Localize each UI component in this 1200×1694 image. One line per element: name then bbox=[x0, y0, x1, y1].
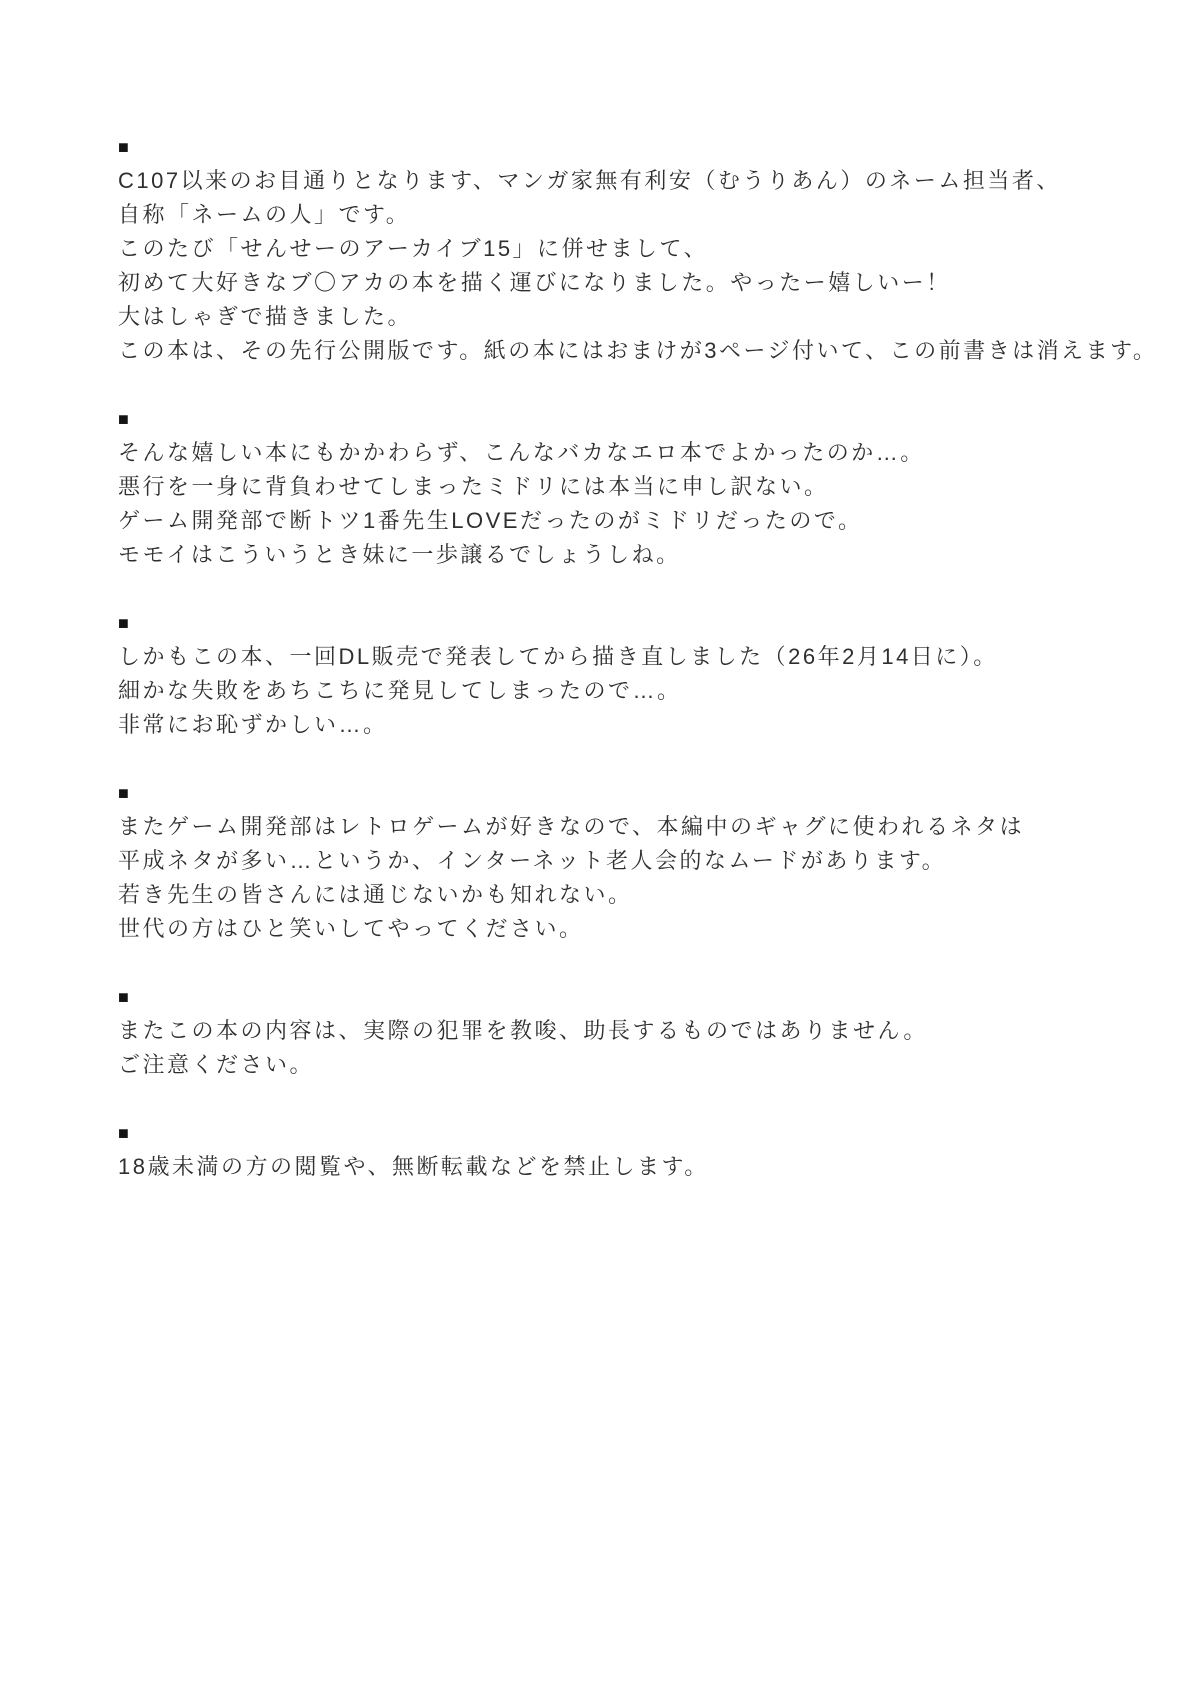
preface-section-intro: ■ C107以来のお目通りとなります、マンガ家無有利安（むうりあん）のネーム担当… bbox=[118, 130, 1145, 368]
section-bullet-icon: ■ bbox=[118, 606, 1145, 640]
text-line: 細かな失敗をあちこちに発見してしまったので…。 bbox=[118, 674, 1145, 708]
text-line: このたび「せんせーのアーカイブ15」に併せまして、 bbox=[118, 232, 1145, 266]
text-line: モモイはこういうとき妹に一歩譲るでしょうしね。 bbox=[118, 538, 1145, 572]
text-line: この本は、その先行公開版です。紙の本にはおまけが3ページ付いて、この前書きは消え… bbox=[118, 334, 1145, 368]
text-line: 悪行を一身に背負わせてしまったミドリには本当に申し訳ない。 bbox=[118, 470, 1145, 504]
preface-page: ■ C107以来のお目通りとなります、マンガ家無有利安（むうりあん）のネーム担当… bbox=[0, 0, 1200, 1694]
section-bullet-icon: ■ bbox=[118, 130, 1145, 164]
text-line: 世代の方はひと笑いしてやってください。 bbox=[118, 912, 1145, 946]
preface-section-apology: ■ そんな嬉しい本にもかかわらず、こんなバカなエロ本でよかったのか…。 悪行を一… bbox=[118, 402, 1145, 572]
section-bullet-icon: ■ bbox=[118, 1116, 1145, 1150]
text-line: C107以来のお目通りとなります、マンガ家無有利安（むうりあん）のネーム担当者、 bbox=[118, 164, 1145, 198]
text-line: ご注意ください。 bbox=[118, 1048, 1145, 1082]
preface-section-retro-jokes: ■ またゲーム開発部はレトロゲームが好きなので、本編中のギャグに使われるネタは … bbox=[118, 776, 1145, 946]
text-line: しかもこの本、一回DL販売で発表してから描き直しました（26年2月14日に）。 bbox=[118, 640, 1145, 674]
text-line: ゲーム開発部で断トツ1番先生LOVEだったのがミドリだったので。 bbox=[118, 504, 1145, 538]
text-line: 非常にお恥ずかしい…。 bbox=[118, 708, 1145, 742]
text-line: 自称「ネームの人」です。 bbox=[118, 198, 1145, 232]
section-bullet-icon: ■ bbox=[118, 402, 1145, 436]
text-line: またゲーム開発部はレトロゲームが好きなので、本編中のギャグに使われるネタは bbox=[118, 810, 1145, 844]
preface-section-age-notice: ■ 18歳未満の方の閲覧や、無断転載などを禁止します。 bbox=[118, 1116, 1145, 1184]
preface-section-redraw: ■ しかもこの本、一回DL販売で発表してから描き直しました（26年2月14日に）… bbox=[118, 606, 1145, 742]
text-line: またこの本の内容は、実際の犯罪を教唆、助長するものではありません。 bbox=[118, 1014, 1145, 1048]
text-line: 平成ネタが多い…というか、インターネット老人会的なムードがあります。 bbox=[118, 844, 1145, 878]
text-line: そんな嬉しい本にもかかわらず、こんなバカなエロ本でよかったのか…。 bbox=[118, 436, 1145, 470]
section-bullet-icon: ■ bbox=[118, 980, 1145, 1014]
text-line: 18歳未満の方の閲覧や、無断転載などを禁止します。 bbox=[118, 1150, 1145, 1184]
text-line: 初めて大好きなブ〇アカの本を描く運びになりました。やったー嬉しいー！ bbox=[118, 266, 1145, 300]
text-line: 大はしゃぎで描きました。 bbox=[118, 300, 1145, 334]
section-bullet-icon: ■ bbox=[118, 776, 1145, 810]
preface-section-disclaimer: ■ またこの本の内容は、実際の犯罪を教唆、助長するものではありません。 ご注意く… bbox=[118, 980, 1145, 1082]
text-line: 若き先生の皆さんには通じないかも知れない。 bbox=[118, 878, 1145, 912]
